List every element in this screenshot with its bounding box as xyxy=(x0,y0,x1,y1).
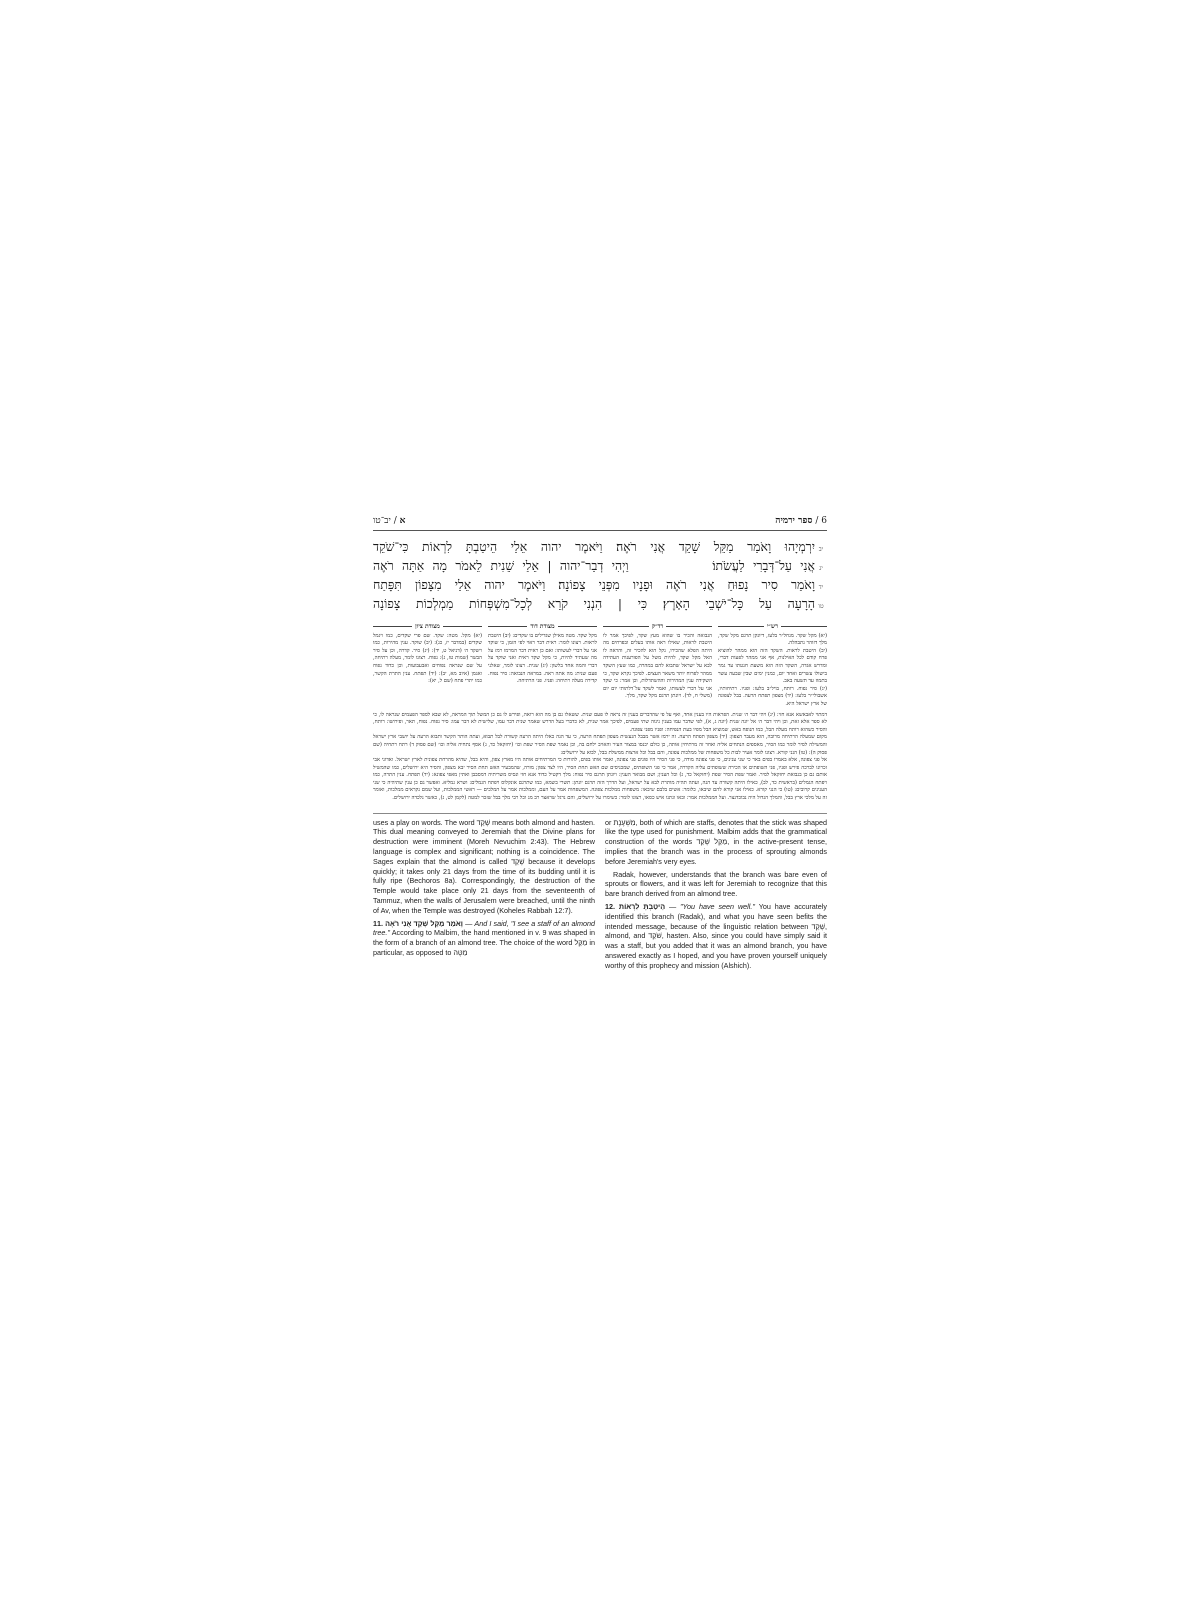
commentary-column-metzudas-david: מצודת דוד מקל שקד. מטה מאילן שגדילים בו … xyxy=(488,623,597,709)
commentary-column-rashi: רש״י (יא) מקל שקד. מנחל״ר בלעז, דיונקן ת… xyxy=(718,623,827,709)
hebrew-commentary-columns: רש״י (יא) מקל שקד. מנחל״ר בלעז, דיונקן ת… xyxy=(373,623,827,709)
commentary-paragraph: מקום שמעלה הרתיחה מרובה, הוא מעבר הצפון:… xyxy=(373,734,827,757)
chapter-verse-label: א / יב־טו xyxy=(373,515,405,526)
column-title: רד״ק xyxy=(603,623,712,631)
verse-number: טו xyxy=(815,599,827,615)
verse-range: יב־טו xyxy=(373,516,391,526)
book-title: ספר ירמיה xyxy=(775,516,812,526)
separator: / xyxy=(813,516,822,526)
verse-line: טו הָרָעָה עַל כָּל־יֹשְׁבֵי הָאָרֶץ׃ כִ… xyxy=(373,596,827,615)
verse-text: וָאֹמַר סִיר נָפוּחַ אֲנִי רֹאֶה וּפָנָי… xyxy=(373,577,815,593)
english-column-left: uses a play on words. The word שָׁקֵד me… xyxy=(373,818,595,974)
lemma-gloss: "You have seen well." xyxy=(680,902,755,911)
commentary-paragraph: דמתוי לאבאשא אנא חזי: (יג) ויהי דבר ה׳ ש… xyxy=(373,712,827,735)
column-title: רש״י xyxy=(718,623,827,631)
book-title-label: 6 / ספר ירמיה xyxy=(775,515,827,526)
entry-text: You have accurately identified this bran… xyxy=(605,902,827,970)
verse-number: יב xyxy=(815,542,827,558)
column-title: מצודת ציון xyxy=(373,623,482,631)
verse-text: הָרָעָה עַל כָּל־יֹשְׁבֵי הָאָרֶץ׃ כִּי … xyxy=(373,596,815,612)
chapter-letter: א xyxy=(400,516,406,526)
verse-text: יִרְמְיָהוּ וָאֹמַר מַקֵּל שָׁקֵד אֲנִי … xyxy=(373,539,815,555)
hebrew-lemma: הֵיטַבְתָּ לִרְאוֹת xyxy=(619,902,665,911)
commentary-paragraph: or מִשְׁעֶנֶת, both of which are staffs,… xyxy=(605,818,827,867)
section-divider xyxy=(373,813,827,814)
commentary-paragraph: uses a play on words. The word שָׁקֵד me… xyxy=(373,818,595,916)
commentary-paragraph: (יג) סיר נפוח. רותח, בויל״ב בלעז: ופניו.… xyxy=(718,686,827,709)
commentary-paragraph: אל פני צפונה, אלא באמרו בפים באר כי שני … xyxy=(373,757,827,803)
running-head: א / יב־טו 6 / ספר ירמיה xyxy=(373,510,827,531)
hebrew-commentary-wide: דמתוי לאבאשא אנא חזי: (יג) ויהי דבר ה׳ ש… xyxy=(373,712,827,803)
verse-number: יד xyxy=(815,580,827,596)
commentary-entry: 12. הֵיטַבְתָּ לִרְאוֹת — "You have seen… xyxy=(605,902,827,971)
verse-ref: 11. xyxy=(373,919,383,928)
hebrew-lemma: וָאֹמַר מַקֵּל שָׁקֵד אֲנִי רֹאֶה xyxy=(385,919,463,928)
commentary-paragraph: (יא) מקל שקד. מנחל״ר בלעז, דיונקן תרגם מ… xyxy=(718,633,827,648)
commentary-paragraph: Radak, however, understands that the bra… xyxy=(605,870,827,899)
page-number: 6 xyxy=(821,516,827,526)
entry-text: According to Malbim, the hand mentioned … xyxy=(373,928,595,957)
scripture-text: יב יִרְמְיָהוּ וָאֹמַר מַקֵּל שָׁקֵד אֲנ… xyxy=(373,539,827,615)
dash: — xyxy=(465,919,474,928)
verse-line: יד וָאֹמַר סִיר נָפוּחַ אֲנִי רֹאֶה וּפָ… xyxy=(373,577,827,596)
dash: — xyxy=(669,902,680,911)
verse-text: אֲנִי עַל־דְּבָרִי לַעֲשֹׂתוֹ׃ וַיְהִי ד… xyxy=(373,558,815,574)
verse-ref: 12. xyxy=(605,902,615,911)
commentary-paragraph: מקל שקד. מטה מאילן שגדילים בו שקדים: (יב… xyxy=(488,633,597,686)
commentary-paragraph: (יא) מקל. מטה: שקד. שם פרי שקדים, כמו וי… xyxy=(373,633,482,686)
commentary-column-metzudas-tzion: מצודת ציון (יא) מקל. מטה: שקד. שם פרי שק… xyxy=(373,623,482,709)
verse-line: יב יִרְמְיָהוּ וָאֹמַר מַקֵּל שָׁקֵד אֲנ… xyxy=(373,539,827,558)
commentary-column-radak: רד״ק הנבואה והכיר בו שהוא מעץ שקד, לפיכך… xyxy=(603,623,712,709)
english-column-right: or מִשְׁעֶנֶת, both of which are staffs,… xyxy=(605,818,827,974)
book-page: א / יב־טו 6 / ספר ירמיה יב יִרְמְיָהוּ ו… xyxy=(373,510,827,974)
verse-number: יג xyxy=(815,561,827,577)
commentary-entry: 11. וָאֹמַר מַקֵּל שָׁקֵד אֲנִי רֹאֶה — … xyxy=(373,919,595,958)
column-title: מצודת דוד xyxy=(488,623,597,631)
verse-line: יג אֲנִי עַל־דְּבָרִי לַעֲשֹׂתוֹ׃ וַיְהִ… xyxy=(373,558,827,577)
separator: / xyxy=(391,516,400,526)
english-commentary: uses a play on words. The word שָׁקֵד me… xyxy=(373,818,827,974)
commentary-paragraph: הנבואה והכיר בו שהוא מעץ שקד, לפיכך אמר … xyxy=(603,633,712,701)
commentary-paragraph: (יב) היטבת לראות. השקד הזה הוא ממהר להוצ… xyxy=(718,648,827,686)
